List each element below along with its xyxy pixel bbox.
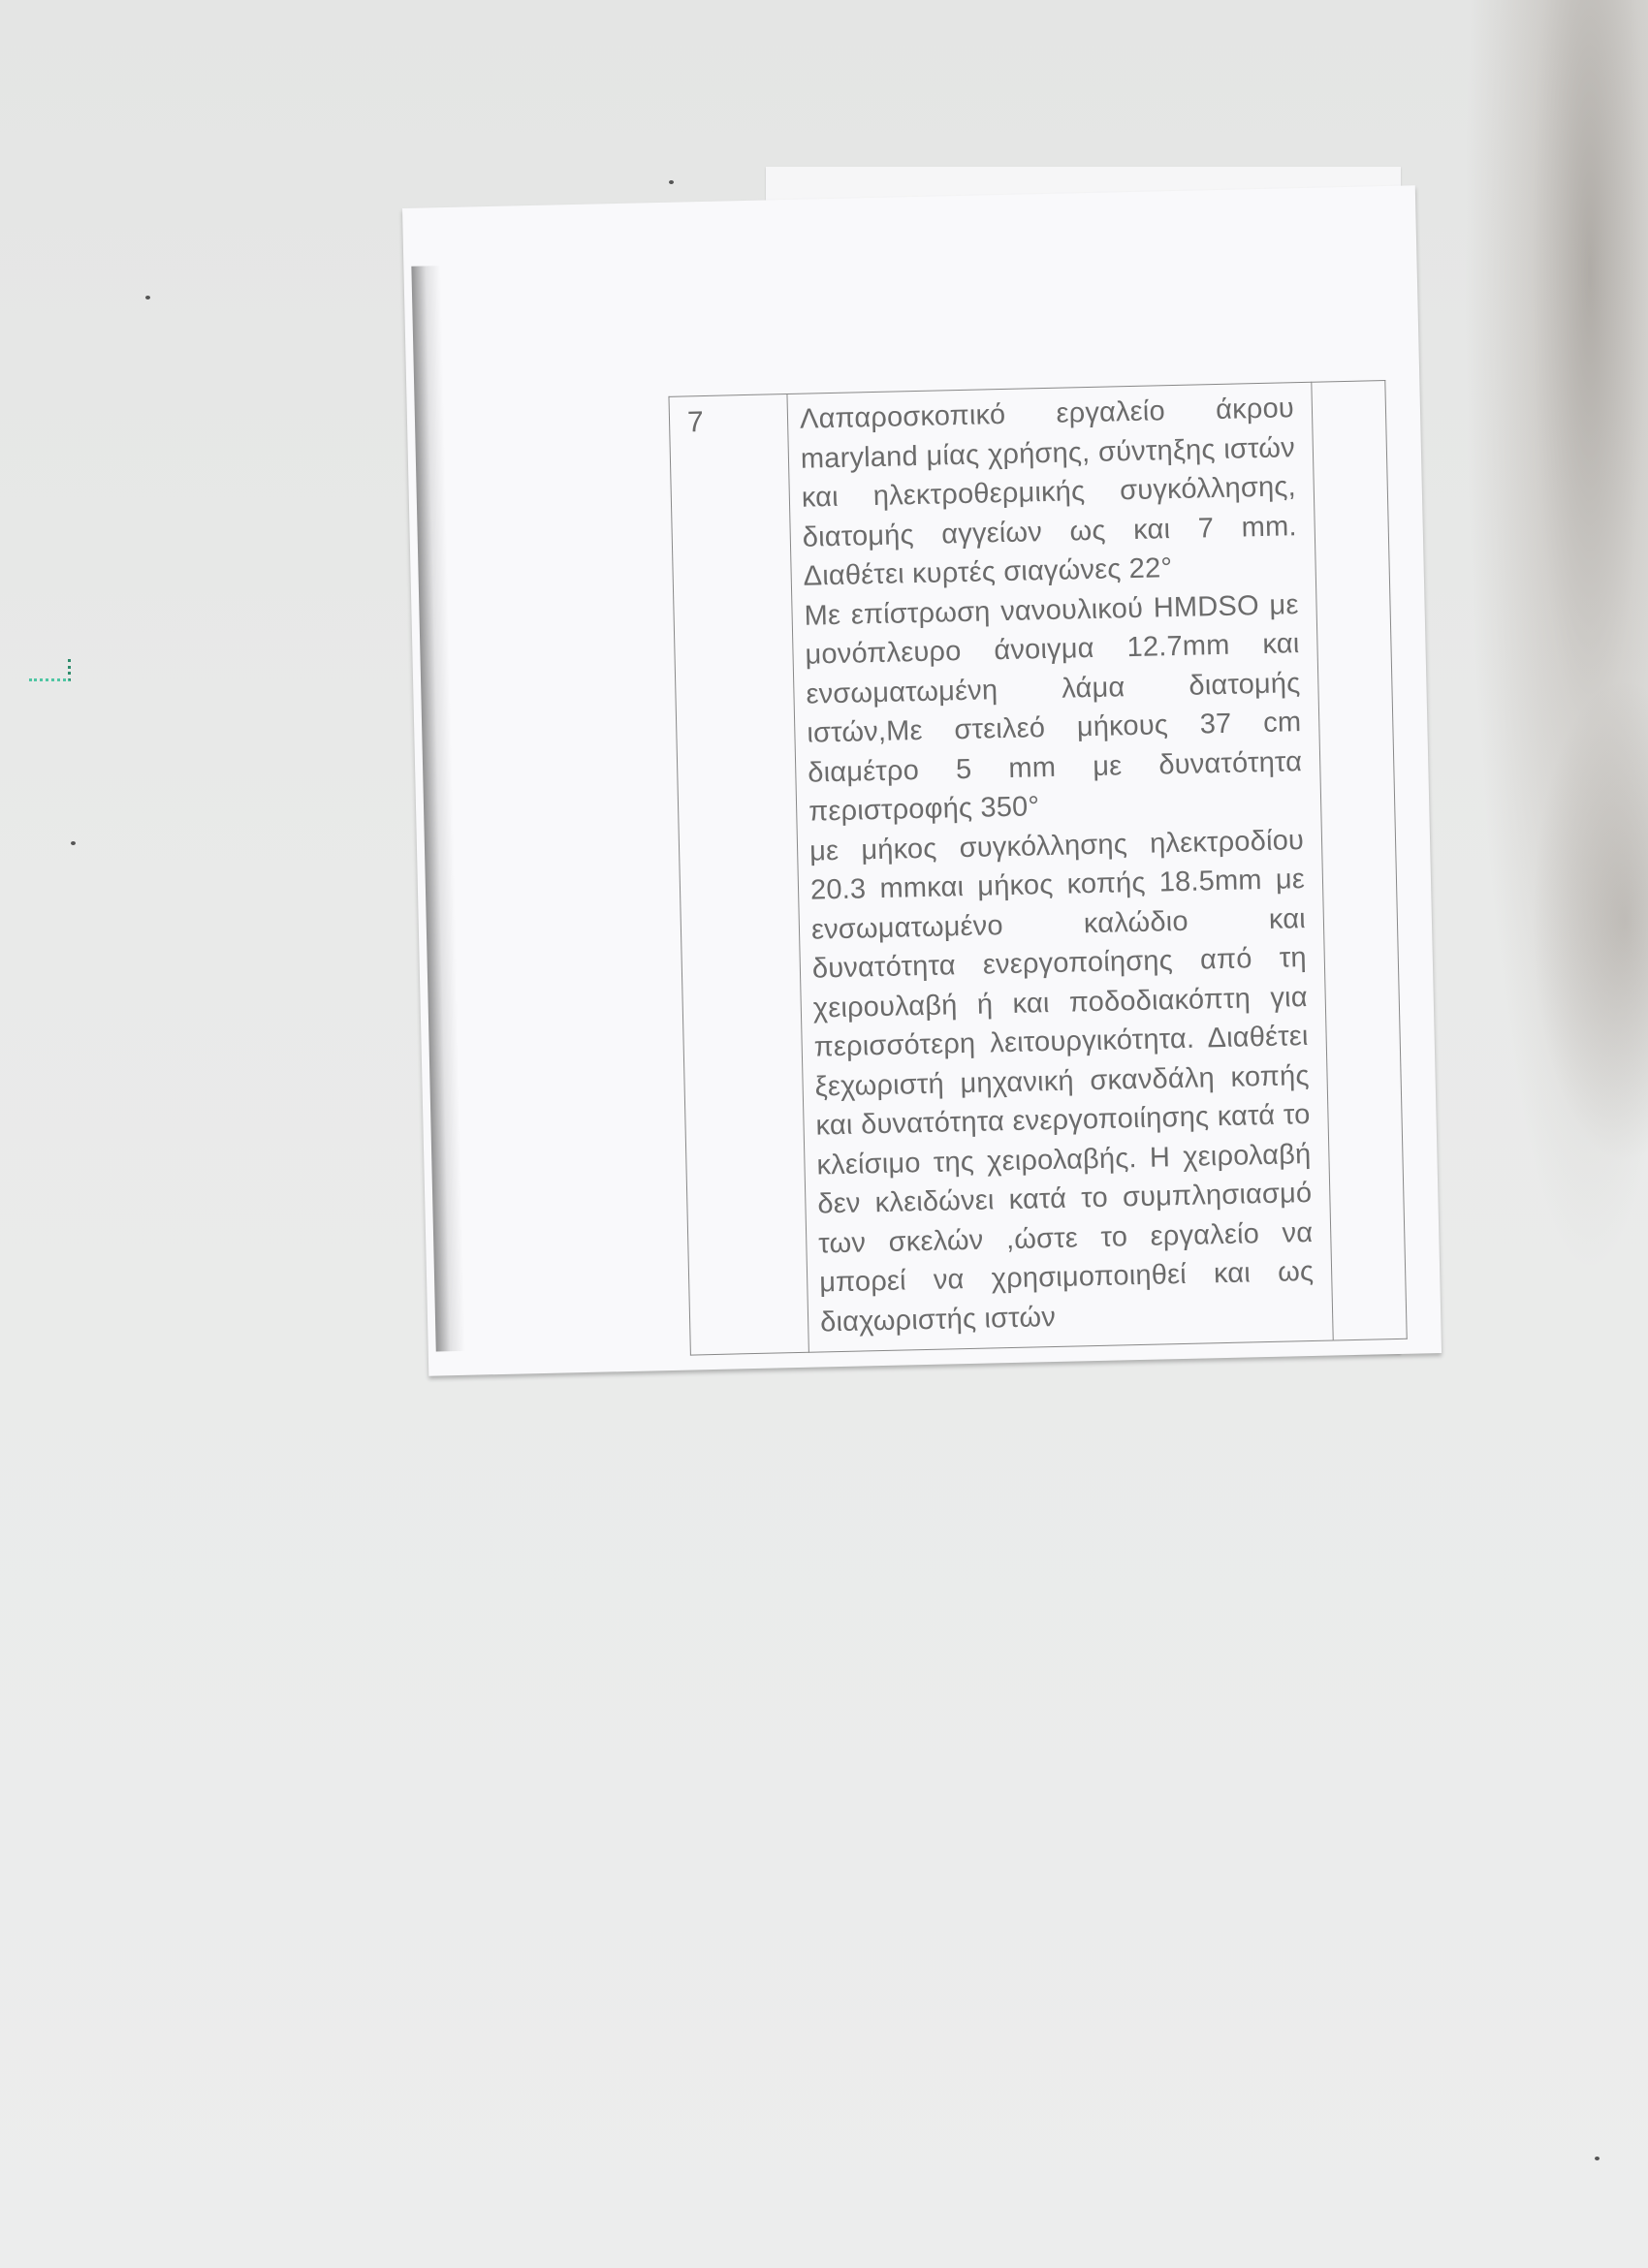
document-page: 7 Λαπαροσκοπικό εργαλείο άκρου maryland … <box>402 185 1442 1375</box>
dust-speck <box>145 296 150 299</box>
dust-speck <box>669 180 674 184</box>
dust-speck <box>71 841 76 845</box>
table-row: 7 Λαπαροσκοπικό εργαλείο άκρου maryland … <box>669 381 1407 1356</box>
scanner-smudge <box>1532 678 1648 1163</box>
spec-table: 7 Λαπαροσκοπικό εργαλείο άκρου maryland … <box>668 380 1407 1356</box>
ink-mark <box>29 659 71 681</box>
description-cell: Λαπαροσκοπικό εργαλείο άκρου maryland μί… <box>787 382 1333 1352</box>
item-description: Λαπαροσκοπικό εργαλείο άκρου maryland μί… <box>800 389 1315 1341</box>
dust-speck <box>1595 2157 1600 2160</box>
item-number-cell: 7 <box>669 394 808 1356</box>
